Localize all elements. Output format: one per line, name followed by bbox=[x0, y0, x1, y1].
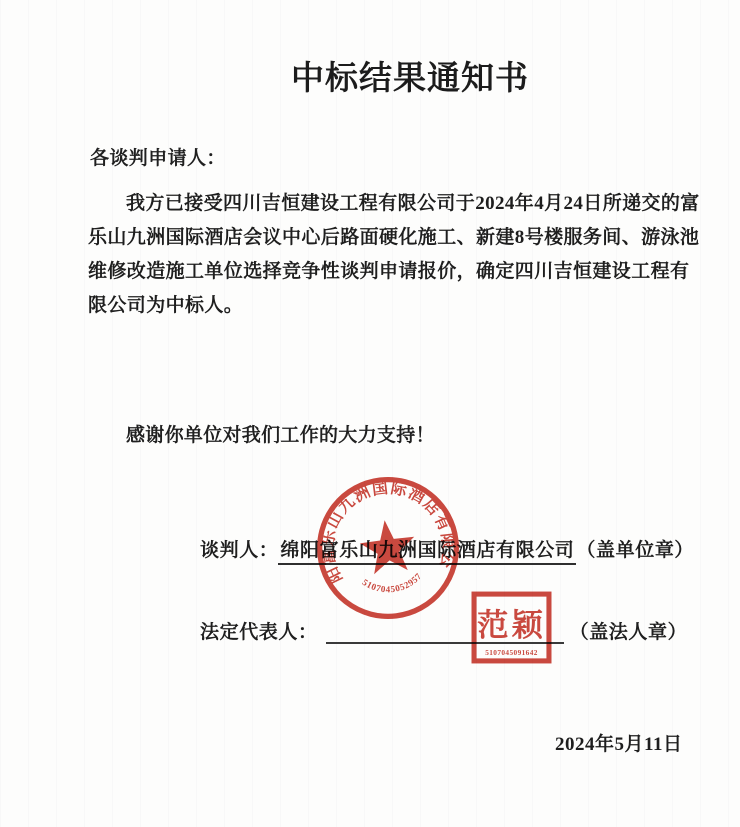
negotiator-seal-note: （盖单位章） bbox=[576, 540, 694, 561]
body-line: 我方已接受四川吉恒建设工程有限公司于2024年4月24日所递交的富 bbox=[88, 187, 703, 221]
company-round-seal-stamp: 绵阳富乐山九洲国际酒店有限公司 5107045052957 bbox=[302, 462, 474, 634]
body-line: 乐山九洲国际酒店会议中心后路面硬化施工、新建8号楼服务间、游泳池 bbox=[88, 221, 703, 255]
document-date: 2024年5月11日 bbox=[555, 729, 682, 756]
seal-star-icon bbox=[357, 517, 418, 576]
seal-registration-number: 5107045091642 bbox=[485, 649, 538, 657]
thanks-line: 感谢你单位对我们工作的大力支持！ bbox=[126, 420, 435, 447]
notice-document-page: 中标结果通知书 各谈判申请人： 我方已接受四川吉恒建设工程有限公司于2024年4… bbox=[0, 0, 740, 827]
legal-rep-signature-line: 法定代表人：（盖法人章） bbox=[200, 617, 687, 644]
body-paragraph: 我方已接受四川吉恒建设工程有限公司于2024年4月24日所递交的富 乐山九洲国际… bbox=[88, 187, 703, 323]
body-line: 限公司为中标人。 bbox=[88, 289, 703, 323]
body-line: 维修改造施工单位选择竞争性谈判申请报价，确定四川吉恒建设工程有 bbox=[88, 255, 703, 289]
seal-name-text: 范颖 bbox=[477, 608, 546, 643]
legal-rep-seal-note: （盖法人章） bbox=[570, 622, 688, 643]
salutation-line: 各谈判申请人： bbox=[90, 143, 226, 170]
document-title: 中标结果通知书 bbox=[130, 52, 690, 99]
legal-rep-label: 法定代表人： bbox=[200, 622, 318, 643]
legal-rep-square-seal-stamp: 范颖 5107045091642 bbox=[471, 591, 552, 664]
company-round-seal-graphic: 绵阳富乐山九洲国际酒店有限公司 5107045052957 bbox=[302, 462, 474, 634]
negotiator-label: 谈判人： bbox=[200, 540, 278, 561]
legal-rep-seal-graphic: 范颖 5107045091642 bbox=[471, 591, 552, 664]
seal-registration-number: 5107045052957 bbox=[360, 570, 426, 598]
